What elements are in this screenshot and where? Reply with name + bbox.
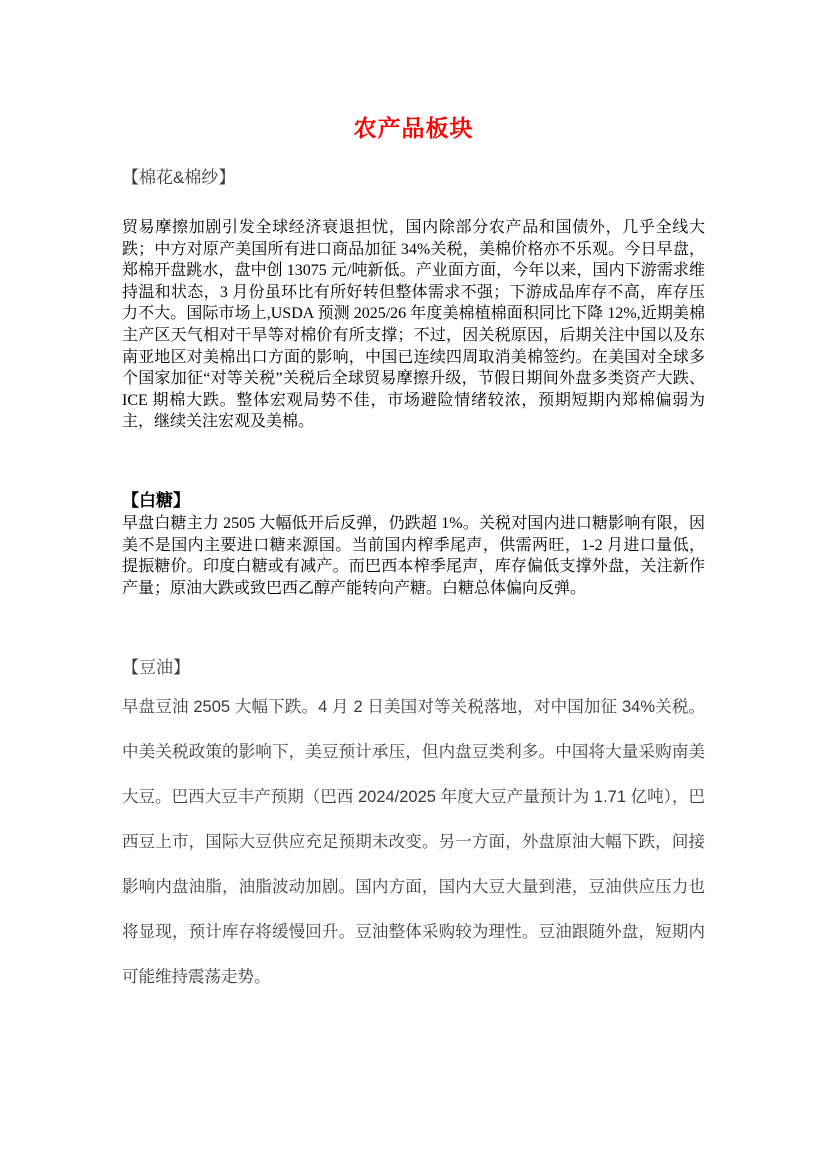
section-body-sugar: 早盘白糖主力 2505 大幅低开后反弹，仍跌超 1%。关税对国内进口糖影响有限，…	[122, 513, 705, 599]
section-body-cotton: 贸易摩擦加剧引发全球经济衰退担忧，国内除部分农产品和国债外，几乎全线大跌；中方对…	[122, 217, 705, 433]
section-cotton-and-yarn: 【棉花&棉纱】 贸易摩擦加剧引发全球经济衰退担忧，国内除部分农产品和国债外，几乎…	[122, 166, 705, 433]
section-white-sugar: 【白糖】 早盘白糖主力 2505 大幅低开后反弹，仍跌超 1%。关税对国内进口糖…	[122, 489, 705, 599]
section-soybean-oil: 【豆油】 早盘豆油 2505 大幅下跌。4 月 2 日美国对等关税落地，对中国加…	[122, 656, 705, 1000]
section-heading-sugar: 【白糖】	[122, 489, 705, 512]
section-heading-cotton: 【棉花&棉纱】	[122, 166, 705, 189]
section-heading-soybean-oil: 【豆油】	[122, 656, 705, 679]
document-page: 农产品板块 【棉花&棉纱】 贸易摩擦加剧引发全球经济衰退担忧，国内除部分农产品和…	[0, 0, 826, 1169]
page-title: 农产品板块	[122, 115, 705, 141]
section-body-soybean-oil: 早盘豆油 2505 大幅下跌。4 月 2 日美国对等关税落地，对中国加征 34%…	[122, 685, 705, 1000]
